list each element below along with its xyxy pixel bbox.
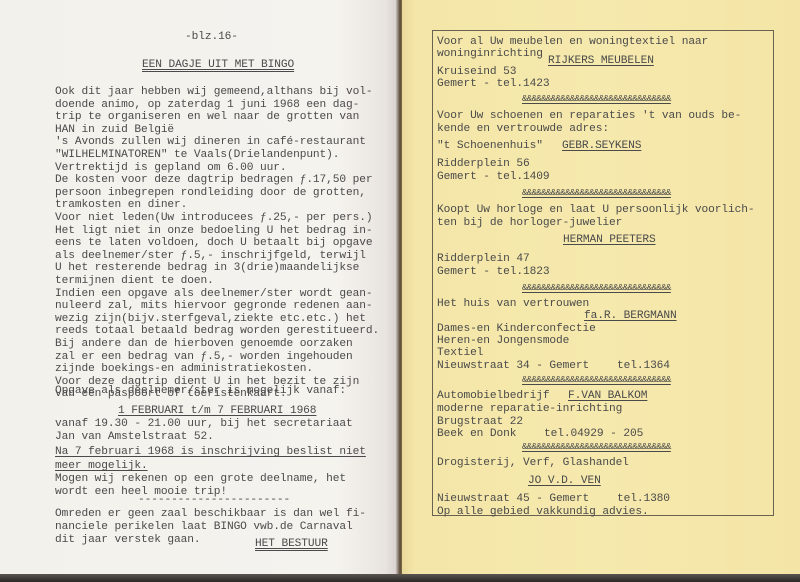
body-line: termijnen dient te doen. [55,275,214,288]
ad-city: Beek en Donk [437,428,516,441]
registration-dates: 1 FEBRUARI t/m 7 FEBRUARI 1968 [118,405,316,418]
ad-intro: Drogisterij, Verf, Glashandel [437,457,629,470]
ad-intro: woninginrichting [437,48,543,61]
ad-intro: Het huis van vertrouwen [437,298,589,311]
body-line: Vertrektijd is gepland om 6.00 uur. [55,162,286,175]
ad-intro: Voor Uw schoenen en reparaties 't van ou… [437,110,741,123]
body-line: "WILHELMINATOREN" te Vaals(Drielandenpun… [55,149,339,162]
ad-phone: tel.1380 [617,493,670,506]
separator-line: ----------------------- [138,494,290,507]
body-line: tramkosten en diner. [55,199,187,212]
carnaval-line-1: Omreden er geen zaal beschikbaar is dan … [55,508,366,521]
registration-intro: Opgave als deelnemer/ster is mogelijk va… [55,385,346,398]
deadline-line-2: meer mogelijk. [55,460,148,473]
ad-intro: ten bij de horloger-juwelier [437,217,622,230]
body-line: De kosten voor deze dagtrip bedragen ƒ.1… [55,174,372,187]
ampersand-separator: &&&&&&&&&&&&&&&&&&&&&&&&&&&&&&& [522,375,671,385]
body-line: Voor niet leden(Uw introducees ƒ.25,- pe… [55,212,372,225]
ad-phone: tel.1364 [617,360,670,373]
ad-name: RIJKERS MEUBELEN [548,55,654,68]
ad-name: HERMAN PEETERS [563,234,656,247]
ad-name: fa.R. BERGMANN [584,310,677,323]
body-line: zijnde boekings-en administratiekosten. [55,363,313,376]
deadline-line-1: Na 7 februari 1968 is inschrijving besli… [55,446,366,459]
registration-time: vanaf 19.30 - 21.00 uur, bij het secreta… [55,418,353,431]
body-line: 's Avonds zullen wij dineren in café-res… [55,136,366,149]
registration-address: Jan van Amstelstraat 52. [55,431,214,444]
ampersand-separator: &&&&&&&&&&&&&&&&&&&&&&&&&&&&&&& [522,283,671,293]
carnaval-line-2: nanciele perikelen laat BINGO vwb.de Car… [55,521,353,534]
body-line: persoon inbegrepen rondleiding door de g… [55,187,366,200]
ampersand-separator: &&&&&&&&&&&&&&&&&&&&&&&&&&&&&&& [522,188,671,198]
ad-intro: Koopt Uw horloge en laat U persoonlijk v… [437,204,754,217]
ad-phone: Gemert - tel.1823 [437,266,549,279]
ad-shop: "t Schoenenhuis" [437,140,543,153]
ad-phone: Gemert - tel.1409 [437,171,549,184]
ad-address: Ridderplein 47 [437,253,530,266]
ad-intro: Automobielbedrijf [437,390,549,403]
body-line: zal er een bedrag van ƒ.5,- worden ingeh… [55,351,353,364]
ad-address: Nieuwstraat 45 - Gemert [437,493,589,506]
ad-address: Nieuwstraat 34 - Gemert [437,360,589,373]
body-line: HAN in zuid België [55,124,174,137]
ad-phone: Gemert - tel.1423 [437,78,549,91]
closing-line-1: Mogen wij rekenen op een grote deelname,… [55,473,346,486]
body-line: doende animo, op zaterdag 1 juni 1968 ee… [55,99,359,112]
ad-line: moderne reparatie-inrichting [437,403,622,416]
body-line: Het ligt niet in onze bedoeling U het be… [55,225,372,238]
body-line: U het resterende bedrag in 3(drie)maande… [55,262,359,275]
signature: HET BESTUUR [255,538,328,551]
ampersand-separator: &&&&&&&&&&&&&&&&&&&&&&&&&&&&&&& [522,94,671,104]
body-line: Bij andere dan de hierboven genoemde oor… [55,338,353,351]
table-edge [0,574,800,582]
body-line: reeds totaal betaald bedrag worden geres… [55,325,379,338]
body-line: eens te laten voldoen, doch U betaalt bi… [55,237,372,250]
body-line: Indien een opgave als deelnemer/ster wor… [55,288,372,301]
body-line: wezig zijn(bijv.sterfgeval,ziekte etc.et… [55,313,366,326]
body-line: trip te organiseren en wel naar de grott… [55,111,359,124]
carnaval-line-3: dit jaar verstek gaan. [55,534,201,547]
ampersand-separator: &&&&&&&&&&&&&&&&&&&&&&&&&&&&&&& [522,442,671,452]
page-number: -blz.16- [185,31,238,44]
ad-intro: kende en vertrouwde adres: [437,123,609,136]
ad-name: GEBR.SEYKENS [562,140,641,153]
article-title: EEN DAGJE UIT MET BINGO [142,59,294,72]
body-line: nuleerd zal, mits hiervoor gegronde rede… [55,300,372,313]
ad-name: JO V.D. VEN [528,475,601,488]
ad-phone: tel.04929 - 205 [544,428,643,441]
body-line: Ook dit jaar hebben wij gemeend,althans … [55,86,372,99]
ad-line: Textiel [437,347,483,360]
ad-line: Op alle gebied vakkundig advies. [437,506,649,519]
ad-address: Ridderplein 56 [437,158,530,171]
body-line: als deelnemer/ster ƒ.5,- inschrijfgeld, … [55,250,366,263]
ad-name: F.VAN BALKOM [568,390,647,403]
